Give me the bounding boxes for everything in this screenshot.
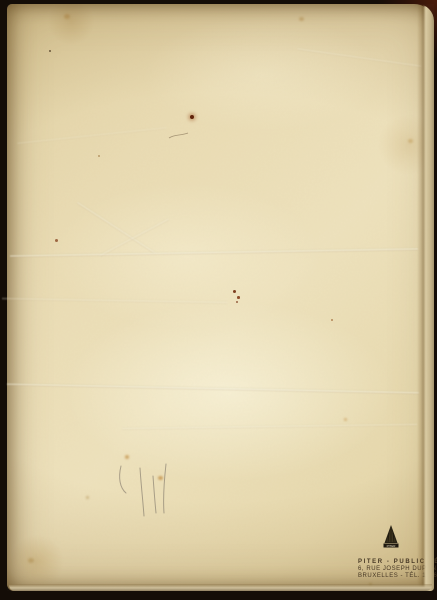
crease-line <box>17 126 166 145</box>
crease-line <box>99 218 169 257</box>
stain <box>28 558 34 563</box>
stain <box>55 239 58 242</box>
crease-line <box>122 423 417 430</box>
stain <box>49 50 51 52</box>
paper-back-cover: PITER PITER - PUBLICITÉ 6, RUE JOSEPH DU… <box>7 4 434 591</box>
crease-line <box>297 47 421 67</box>
stain <box>344 418 347 421</box>
paper-grain-texture <box>7 4 434 591</box>
bottom-page-edges <box>9 584 432 591</box>
crease-line <box>2 297 227 304</box>
stain <box>233 290 236 293</box>
stain <box>299 17 304 21</box>
crease-line <box>77 201 156 254</box>
crease-line <box>10 247 418 257</box>
page-edge-strip <box>417 4 434 591</box>
stain <box>236 301 238 303</box>
stain <box>190 115 194 119</box>
scanned-page: PITER PITER - PUBLICITÉ 6, RUE JOSEPH DU… <box>0 0 437 600</box>
stain <box>86 496 89 499</box>
stain <box>331 319 333 321</box>
publisher-logo: PITER <box>383 525 399 548</box>
stain <box>237 296 240 299</box>
stain <box>98 155 100 157</box>
stain <box>408 139 413 143</box>
scratch-mark <box>168 131 190 141</box>
publisher-logo-text: PITER <box>387 544 397 548</box>
pencil-marks <box>95 445 195 523</box>
stain <box>64 14 70 19</box>
crease-line <box>7 383 419 395</box>
